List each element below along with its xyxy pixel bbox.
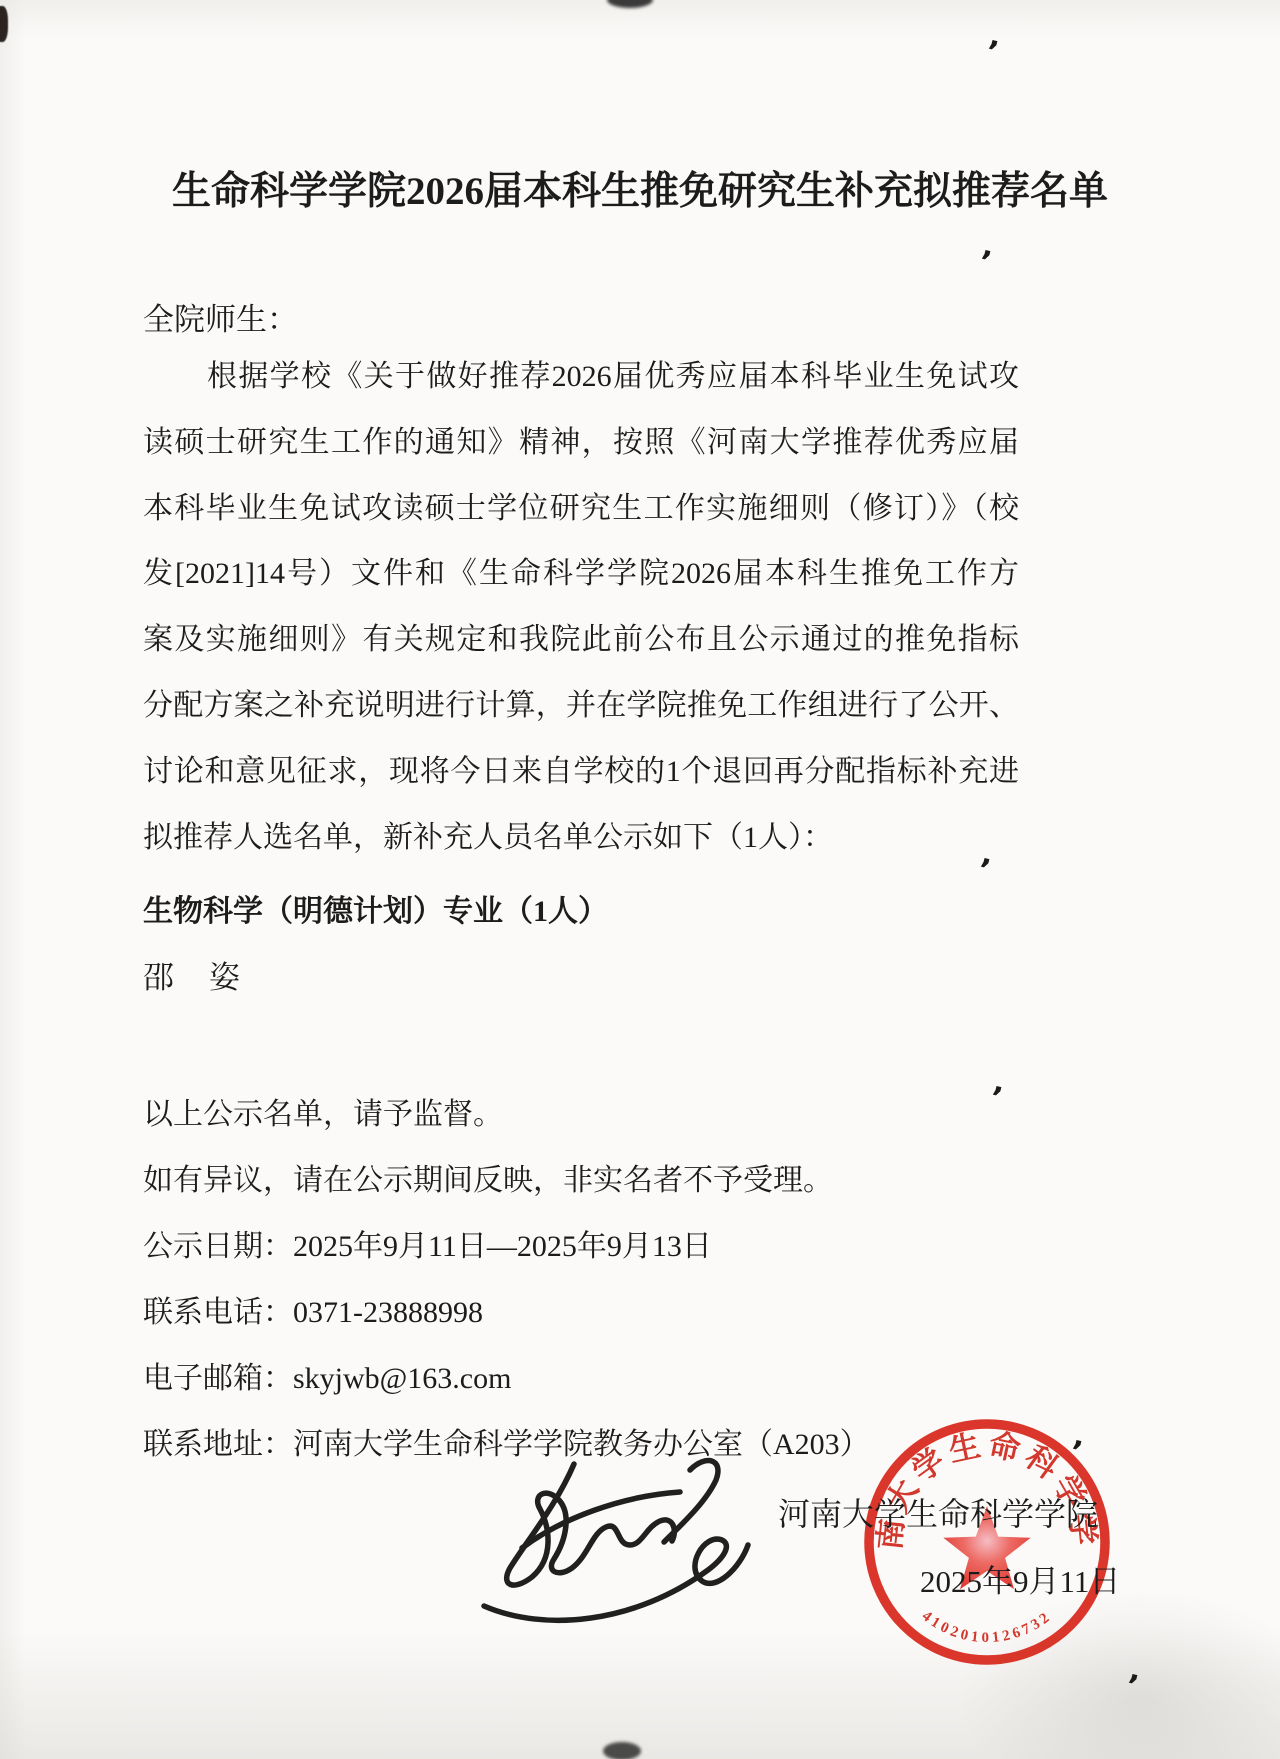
scan-artifact-corner	[0, 6, 8, 42]
phone-line: 联系电话：0371-23888998	[143, 1287, 483, 1331]
signature-date: 2025年9月11日	[920, 1556, 1120, 1601]
scan-artifact-tick: ’	[985, 47, 998, 59]
seal-serial-number: 4102010126732	[919, 1608, 1055, 1646]
publicity-date-line: 公示日期：2025年9月11日—2025年9月13日	[143, 1221, 712, 1265]
body-line-6: 分配方案之补充说明进行计算，并在学院推免工作组进行了公开、	[143, 689, 1019, 723]
body-line-7: 讨论和意见征求，现将今日来自学校的1个退回再分配指标补充进	[143, 755, 1019, 789]
body-line-3: 本科毕业生免试攻读硕士学位研究生工作实施细则（修订）》（校	[143, 492, 1019, 526]
scan-artifact-tick: ’	[989, 1093, 1002, 1105]
body-line-4: 发[2021]14号）文件和《生命科学学院2026届本科生推免工作方	[143, 557, 1019, 591]
scan-artifact-tick: ’	[1125, 1681, 1138, 1693]
body-line-1: 根据学校《关于做好推荐2026届优秀应届本科毕业生免试攻	[143, 360, 1019, 394]
handwritten-signature	[452, 1448, 772, 1638]
objection-line: 如有异议，请在公示期间反映，非实名者不予受理。	[143, 1155, 833, 1199]
candidate-name: 邵 姿	[143, 952, 242, 997]
document-title: 生命科学学院2026届本科生推免研究生补充拟推荐名单	[0, 160, 1280, 216]
scan-artifact-tick: ’	[977, 865, 990, 877]
body-line-5: 案及实施细则》有关规定和我院此前公布且公示通过的推免指标	[143, 623, 1019, 657]
body-line-8: 拟推荐人选名单，新补充人员名单公示如下（1人）：	[143, 821, 1019, 855]
email-line: 电子邮箱：skyjwb@163.com	[143, 1353, 511, 1397]
scan-artifact-smudge-top	[607, 0, 653, 8]
scan-artifact-smudge-bottom	[603, 1742, 641, 1759]
supervision-line: 以上公示名单，请予监督。	[143, 1089, 503, 1133]
body-line-2: 读硕士研究生工作的通知》精神，按照《河南大学推荐优秀应届	[143, 426, 1019, 460]
salutation: 全院师生：	[143, 294, 298, 339]
scan-artifact-tick: ’	[1069, 1447, 1082, 1459]
signature-org: 河南大学生命科学学院	[778, 1489, 1098, 1535]
major-heading: 生物科学（明德计划）专业（1人）	[143, 886, 608, 930]
scan-artifact-tick: ’	[978, 257, 991, 269]
